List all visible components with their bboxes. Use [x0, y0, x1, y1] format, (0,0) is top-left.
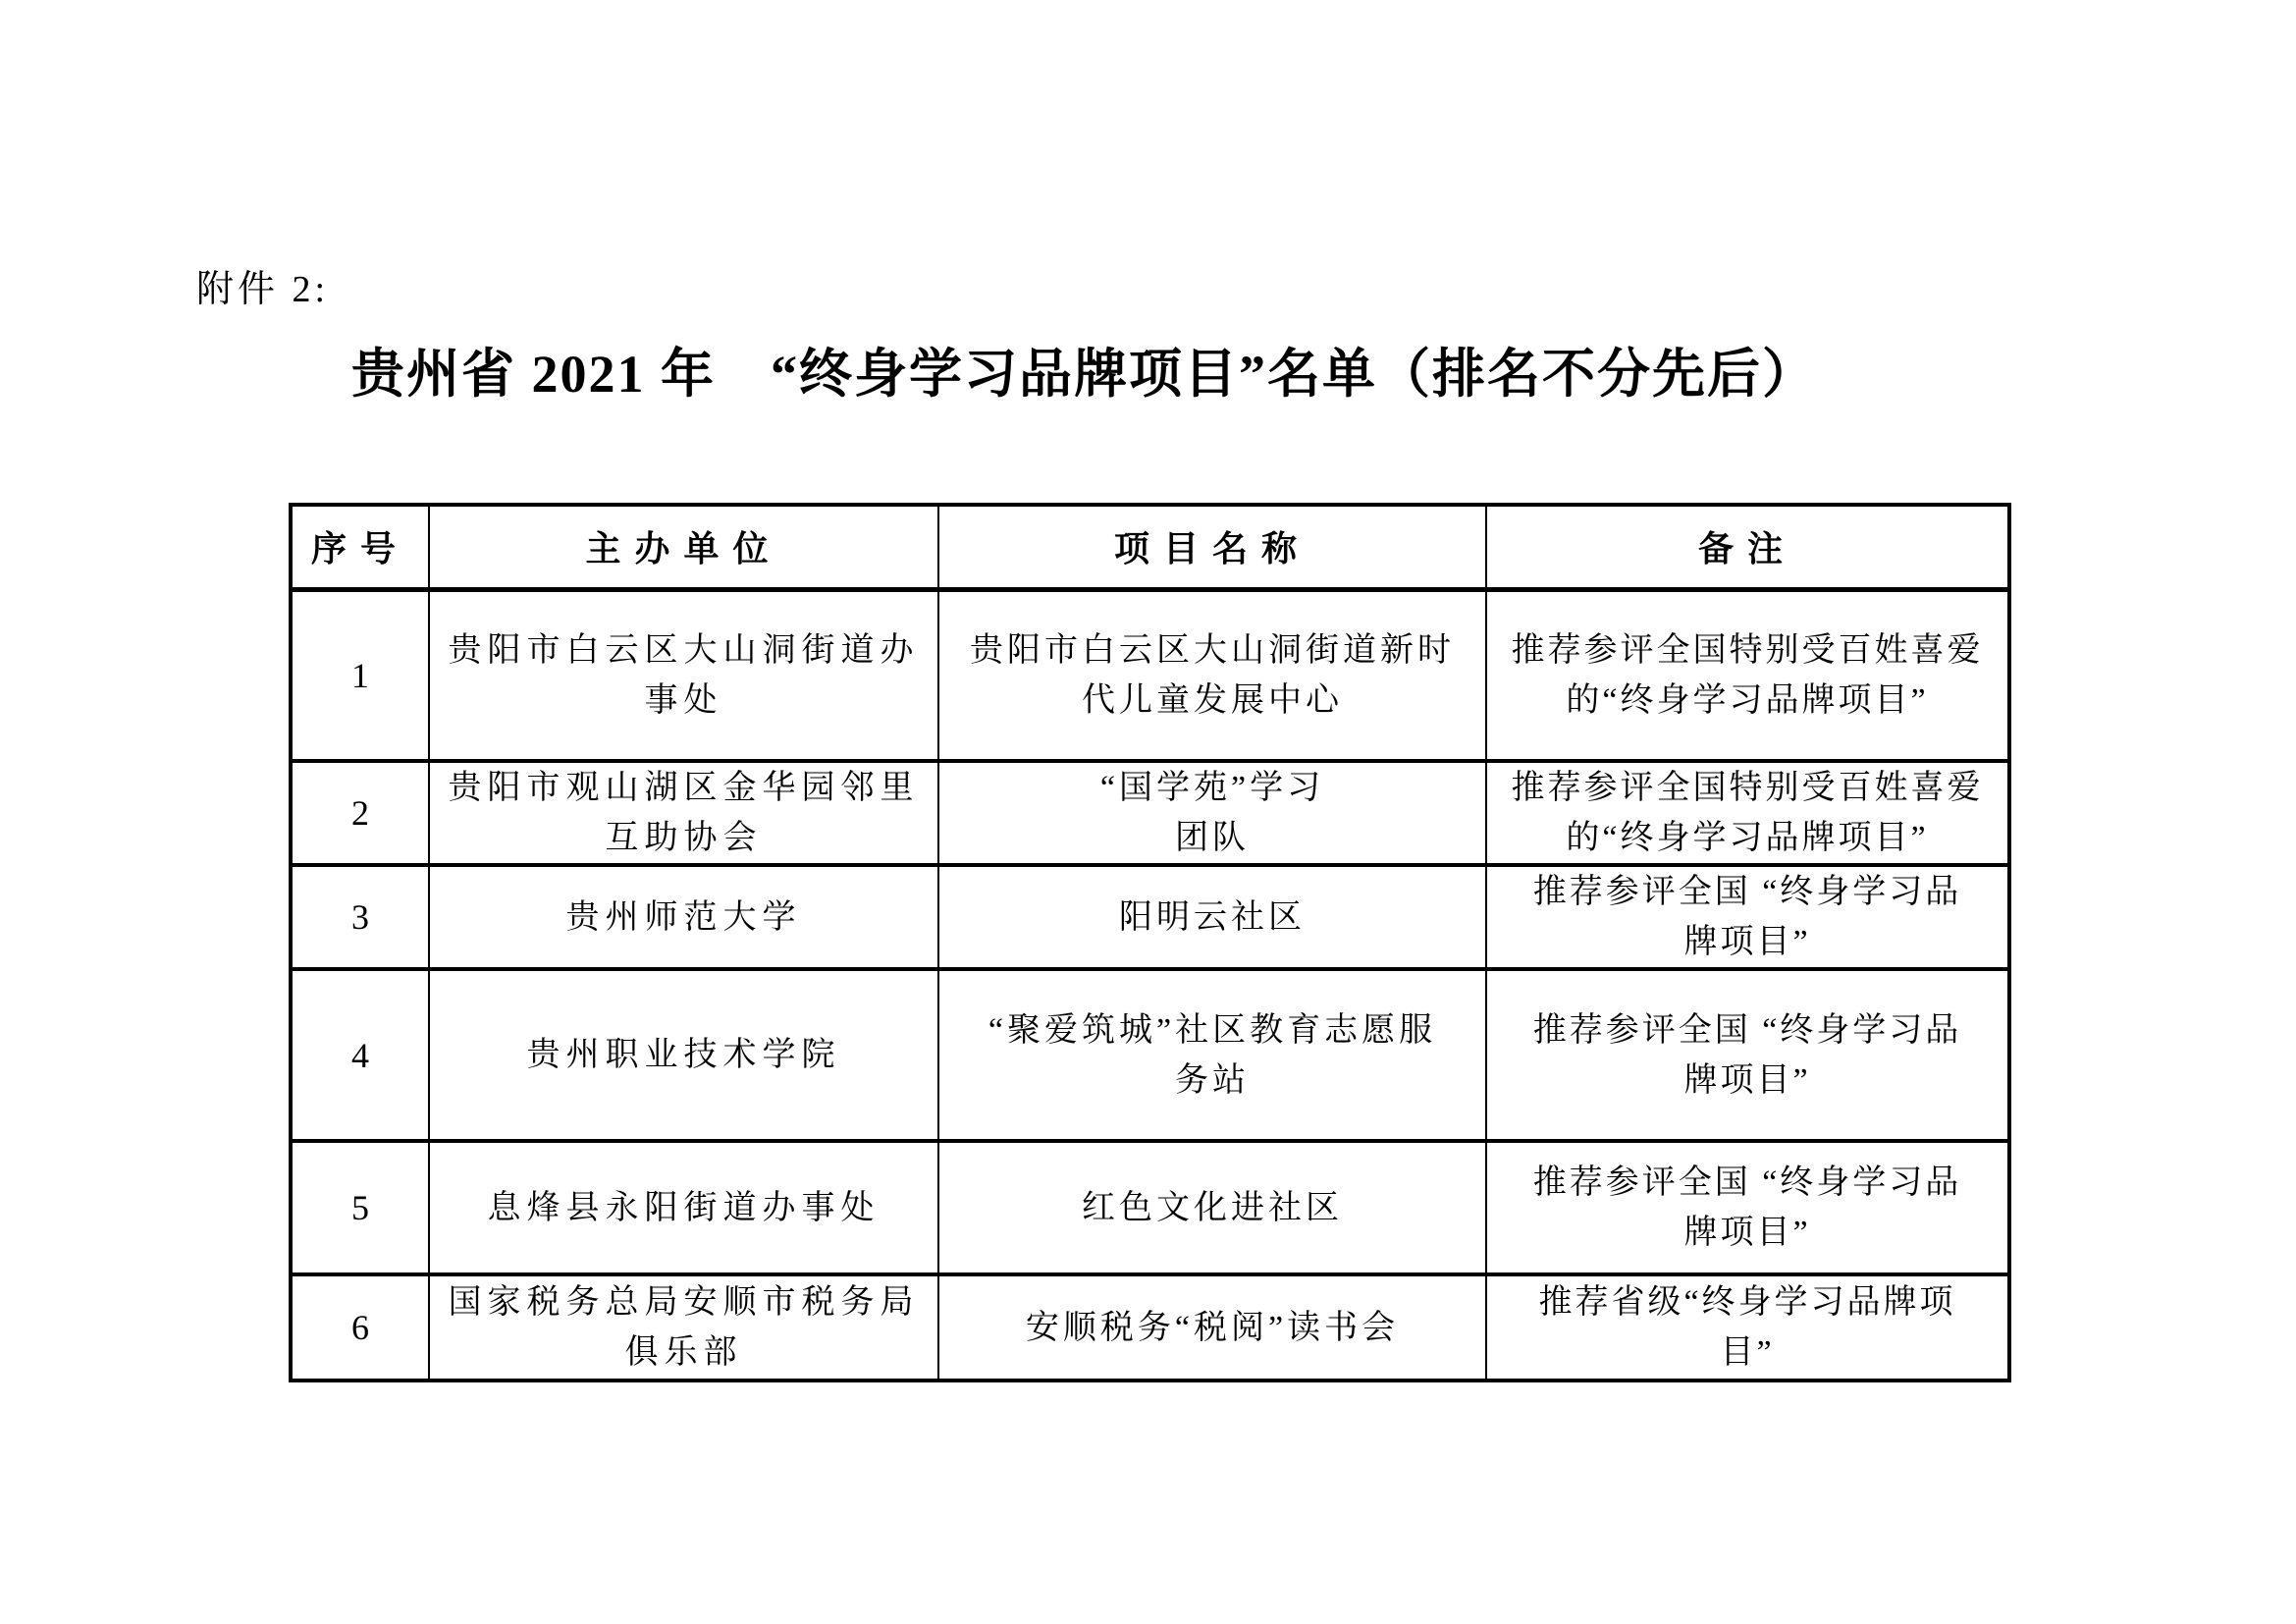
attachment-label: 附件 2: [196, 258, 329, 312]
remark-cell: 推荐参评全国特别受百姓喜爱 的“终身学习品牌项目” [1486, 761, 2009, 865]
organizer-cell: 贵州师范大学 [429, 865, 938, 969]
header-cell-organizer: 主办单位 [429, 505, 938, 589]
table-header-row: 序号 主办单位 项目名称 备注 [291, 505, 2009, 589]
serial-cell: 2 [291, 761, 429, 865]
serial-cell: 5 [291, 1141, 429, 1274]
project-cell: 阳明云社区 [938, 865, 1486, 969]
organizer-cell: 息烽县永阳街道办事处 [429, 1141, 938, 1274]
page-title: 贵州省 2021 年 “终身学习品牌项目”名单（排名不分先后） [167, 332, 2002, 407]
serial-cell: 1 [291, 589, 429, 761]
table-row: 1 贵阳市白云区大山洞街道办 事处 贵阳市白云区大山洞街道新时 代儿童发展中心 … [291, 589, 2009, 761]
remark-cell: 推荐省级“终身学习品牌项 目” [1486, 1274, 2009, 1380]
header-cell-remark: 备注 [1486, 505, 2009, 589]
serial-cell: 6 [291, 1274, 429, 1380]
remark-cell: 推荐参评全国 “终身学习品 牌项目” [1486, 865, 2009, 969]
project-cell: “国学苑”学习 团队 [938, 761, 1486, 865]
organizer-cell: 贵阳市白云区大山洞街道办 事处 [429, 589, 938, 761]
project-cell: 红色文化进社区 [938, 1141, 1486, 1274]
remark-cell: 推荐参评全国 “终身学习品 牌项目” [1486, 969, 2009, 1141]
table-row: 6 国家税务总局安顺市税务局 俱乐部 安顺税务“税阅”读书会 推荐省级“终身学习… [291, 1274, 2009, 1380]
table-row: 3 贵州师范大学 阳明云社区 推荐参评全国 “终身学习品 牌项目” [291, 865, 2009, 969]
serial-cell: 4 [291, 969, 429, 1141]
project-cell: “聚爱筑城”社区教育志愿服 务站 [938, 969, 1486, 1141]
table-row: 2 贵阳市观山湖区金华园邻里 互助协会 “国学苑”学习 团队 推荐参评全国特别受… [291, 761, 2009, 865]
table-row: 5 息烽县永阳街道办事处 红色文化进社区 推荐参评全国 “终身学习品 牌项目” [291, 1141, 2009, 1274]
serial-cell: 3 [291, 865, 429, 969]
project-cell: 安顺税务“税阅”读书会 [938, 1274, 1486, 1380]
project-cell: 贵阳市白云区大山洞街道新时 代儿童发展中心 [938, 589, 1486, 761]
header-cell-project: 项目名称 [938, 505, 1486, 589]
remark-cell: 推荐参评全国特别受百姓喜爱 的“终身学习品牌项目” [1486, 589, 2009, 761]
organizer-cell: 贵州职业技术学院 [429, 969, 938, 1141]
remark-cell: 推荐参评全国 “终身学习品 牌项目” [1486, 1141, 2009, 1274]
document-page: { "page": { "attachment_label": "附件 2:",… [0, 0, 2296, 1624]
projects-table: 序号 主办单位 项目名称 备注 1 贵阳市白云区大山洞街道办 事处 贵阳市白云区… [289, 503, 2011, 1382]
organizer-cell: 国家税务总局安顺市税务局 俱乐部 [429, 1274, 938, 1380]
table-row: 4 贵州职业技术学院 “聚爱筑城”社区教育志愿服 务站 推荐参评全国 “终身学习… [291, 969, 2009, 1141]
header-cell-serial: 序号 [291, 505, 429, 589]
organizer-cell: 贵阳市观山湖区金华园邻里 互助协会 [429, 761, 938, 865]
